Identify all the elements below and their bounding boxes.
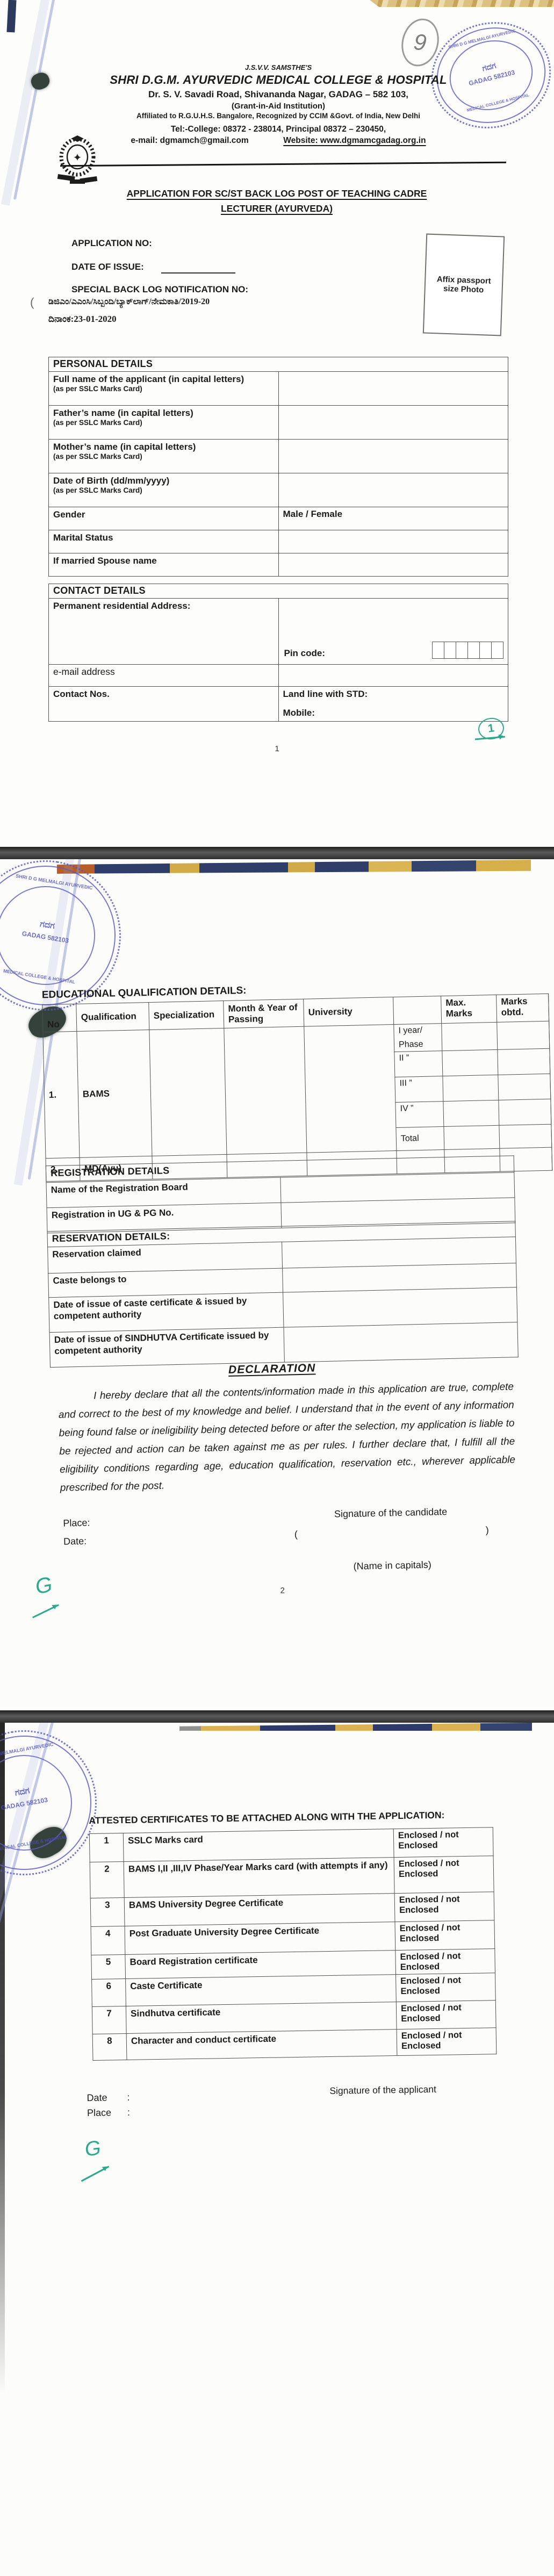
- trust-name: J.S.V.V. SAMSTHE'S: [47, 63, 509, 71]
- table-row: Contact Nos. Land line with STD: Mobile:: [49, 687, 508, 722]
- name-parentheses: ( ): [294, 1524, 489, 1540]
- college-emblem-logo: ✦: [54, 135, 101, 186]
- field-value: Male / Female: [278, 507, 508, 530]
- page-2: SHRI D G MELMALGI AYURVEDIC ಗದಗ GADAG 58…: [0, 859, 554, 1710]
- notification-date-kannada: ದಿನಾಂಕ:23-01-2020: [48, 314, 117, 325]
- page-separator: [0, 847, 554, 859]
- table-row: Father’s name (in capital letters) (as p…: [49, 406, 508, 440]
- field-label: If married Spouse name: [53, 555, 274, 566]
- cert-status: Enclosed / not Enclosed: [394, 1856, 494, 1894]
- green-number: 1: [487, 722, 495, 735]
- field-value: [278, 440, 508, 473]
- field-label: Gender: [53, 509, 274, 520]
- place-label: Place: [87, 2107, 111, 2119]
- row-no: 1.: [43, 1031, 80, 1158]
- email-website-line: e-mail: dgmamch@gmail.com Website: www.d…: [47, 136, 509, 146]
- year-total-label: Total: [396, 1127, 444, 1151]
- table-row: Mother’s name (in capital letters) (as p…: [49, 440, 508, 473]
- field-label: Caste belongs to: [53, 1270, 278, 1286]
- qualification-bams: BAMS: [77, 1030, 152, 1157]
- field-sublabel: (as per SSLC Marks Card): [53, 419, 274, 427]
- cert-label: SSLC Marks card: [128, 1831, 389, 1846]
- declaration-body: I hereby declare that all the contents/i…: [58, 1378, 516, 1497]
- field-label: Mother’s name (in capital letters): [53, 441, 274, 452]
- form-title-line2: LECTURER (AYURVEDA): [62, 203, 492, 214]
- cert-status: Enclosed / not Enclosed: [395, 1949, 495, 1975]
- cert-no: 6: [92, 1978, 126, 2006]
- contact-details-table: CONTACT DETAILS Permanent residential Ad…: [48, 584, 508, 722]
- cert-label: BAMS University Degree Certificate: [129, 1895, 390, 1911]
- year-label: II ”: [394, 1051, 443, 1077]
- col-qualification: Qualification: [76, 1002, 149, 1031]
- notification-number-kannada: ಡಿಜಿಎಂ/ಎಎಂಸಿ/ಸಿಬ್ಬಂದಿ/ಬ್ಯಾಕ್‌ಲಾಗ್/ನೇಮಕಾತ…: [48, 297, 210, 307]
- pin-digit-box: [467, 642, 480, 659]
- table-row: Gender Male / Female: [49, 507, 508, 530]
- page-number: 1: [0, 744, 554, 753]
- photo-box-line2: size Photo: [443, 284, 484, 295]
- green-check-mark: G: [84, 2137, 102, 2162]
- affiliation-note: Affiliated to R.G.U.H.S. Bangalore, Reco…: [47, 112, 509, 120]
- reservation-details-table: RESERVATION DETAILS: Reservation claimed…: [47, 1221, 518, 1368]
- field-label: Full name of the applicant (in capital l…: [53, 373, 274, 385]
- footer-place-row: Place :: [87, 2107, 130, 2119]
- year-label: I year/: [398, 1025, 437, 1036]
- col-university: University: [304, 997, 394, 1027]
- contact-details-title: CONTACT DETAILS: [49, 584, 508, 599]
- cert-no: 3: [90, 1898, 125, 1927]
- field-label: Marital Status: [53, 532, 274, 543]
- field-sublabel: (as per SSLC Marks Card): [53, 486, 274, 494]
- candidate-signature-label: Signature of the candidate: [305, 1506, 477, 1521]
- page-number: 2: [5, 1580, 554, 1601]
- svg-text:✦: ✦: [73, 151, 82, 164]
- field-label: Father’s name (in capital letters): [53, 407, 274, 419]
- college-address: Dr. S. V. Savadi Road, Shivananda Nagar,…: [47, 89, 509, 100]
- cert-label: Sindhutva certificate: [131, 2004, 392, 2019]
- cert-status: Enclosed / not Enclosed: [396, 2001, 496, 2030]
- pin-code-label: Pin code:: [284, 647, 326, 659]
- field-value: [278, 473, 508, 507]
- cert-status: Enclosed / not Enclosed: [397, 2028, 497, 2056]
- field-label: Registration in UG & PG No.: [52, 1205, 277, 1221]
- pin-digit-box: [444, 642, 456, 659]
- table-row: Permanent residential Address: Pin code:: [49, 599, 508, 665]
- cert-no: 5: [91, 1954, 126, 1979]
- scanned-application-document: 9 SHRI D G MELMALGI AYURVEDIC ಗದಗ GADAG …: [0, 0, 554, 2576]
- pin-digit-box: [491, 642, 503, 659]
- table-row: Full name of the applicant (in capital l…: [49, 372, 508, 406]
- page2-content: EDUCATIONAL QUALIFICATION DETAILS: No Qu…: [0, 859, 554, 1710]
- name-in-capitals-label: (Name in capitals): [322, 1558, 463, 1573]
- field-value: [278, 372, 508, 406]
- field-value: [278, 406, 508, 440]
- table-row: 2 BAMS I,II ,III,IV Phase/Year Marks car…: [90, 1856, 494, 1898]
- cert-status: Enclosed / not Enclosed: [396, 1973, 496, 2002]
- application-no-label: APPLICATION NO:: [71, 238, 152, 249]
- personal-details-title: PERSONAL DETAILS: [49, 357, 508, 372]
- field-label: Date of Birth (dd/mm/yyyy): [53, 475, 274, 486]
- table-row: e-mail address: [49, 665, 508, 687]
- email-address-label: e-mail address: [53, 666, 274, 678]
- table-row: 8 Character and conduct certificate Encl…: [92, 2028, 497, 2061]
- place-label: Place:: [63, 1517, 90, 1529]
- personal-details-table: PERSONAL DETAILS Full name of the applic…: [48, 357, 508, 577]
- form-title: APPLICATION FOR SC/ST BACK LOG POST OF T…: [62, 188, 492, 214]
- pin-digit-box: [479, 642, 492, 659]
- certificates-table: 1 SSLC Marks card Enclosed / not Enclose…: [89, 1827, 497, 2061]
- cert-no: 8: [92, 2033, 127, 2060]
- photo-box: Affix passport size Photo: [423, 234, 505, 336]
- table-row: If married Spouse name: [49, 553, 508, 577]
- contact-nos-label: Contact Nos.: [53, 688, 274, 700]
- cert-status: Enclosed / not Enclosed: [395, 1920, 495, 1951]
- college-name: SHRI D.G.M. AYURVEDIC MEDICAL COLLEGE & …: [47, 73, 509, 87]
- letterhead: J.S.V.V. SAMSTHE'S SHRI D.G.M. AYURVEDIC…: [47, 63, 509, 146]
- page-3: SHRI D G MELMALGI AYURVEDIC ಗದಗ GADAG 58…: [0, 1723, 554, 2576]
- table-row: Marital Status: [49, 530, 508, 553]
- col-max-marks: Max. Marks: [441, 995, 497, 1023]
- address-label: Permanent residential Address:: [53, 600, 274, 611]
- paren-close: ): [486, 1524, 489, 1536]
- date-of-issue-blank: [161, 263, 235, 274]
- landline-label: Land line with STD:: [283, 688, 504, 700]
- field-sublabel: (as per SSLC Marks Card): [53, 452, 274, 460]
- col-specialization: Specialization: [149, 1001, 224, 1030]
- cert-no: 2: [90, 1862, 124, 1898]
- table-row: Date of Birth (dd/mm/yyyy) (as per SSLC …: [49, 473, 508, 507]
- header-divider: [60, 162, 506, 167]
- field-label: Reservation claimed: [52, 1244, 277, 1260]
- educational-qualification-table: No Qualification Specialization Month & …: [42, 994, 552, 1182]
- field-value: [278, 530, 508, 553]
- cert-status: Enclosed / not Enclosed: [393, 1827, 493, 1858]
- field-label: Date of issue of caste certificate & iss…: [53, 1294, 278, 1322]
- page3-content: ATTESTED CERTIFICATES TO BE ATTACHED ALO…: [0, 1723, 554, 2576]
- cert-label: Board Registration certificate: [129, 1952, 391, 1968]
- special-notification-label: SPECIAL BACK LOG NOTIFICATION NO:: [71, 284, 248, 295]
- page-1: 9 SHRI D G MELMALGI AYURVEDIC ಗದಗ GADAG …: [0, 0, 554, 847]
- email-text: e-mail: dgmamch@gmail.com: [131, 136, 248, 145]
- colon: :: [127, 2107, 130, 2118]
- binder-edge-mark: [6, 0, 16, 32]
- pin-digit-box: [456, 642, 468, 659]
- date-of-issue-label: DATE OF ISSUE:: [71, 262, 144, 272]
- applicant-signature-label: Signature of the applicant: [329, 2084, 436, 2097]
- form-title-line1: APPLICATION FOR SC/ST BACK LOG POST OF T…: [62, 188, 492, 199]
- website-text: Website: www.dgmamcgadag.org.in: [283, 136, 426, 145]
- page-separator: [0, 1710, 554, 1723]
- field-value: [278, 553, 508, 577]
- col-no: No: [42, 1004, 77, 1032]
- pin-digit-box: [432, 642, 444, 659]
- footer-date-row: Date :: [87, 2092, 129, 2104]
- field-sublabel: (as per SSLC Marks Card): [53, 385, 274, 393]
- year-label: IV ”: [395, 1102, 444, 1128]
- telephone-line: Tel:-College: 08372 - 238014, Principal …: [47, 125, 509, 134]
- pin-code-boxes: [433, 642, 503, 659]
- declaration-title: DECLARATION: [228, 1362, 316, 1376]
- cert-no: 4: [91, 1926, 125, 1955]
- cert-label: Character and conduct certificate: [131, 2031, 392, 2047]
- date-label: Date:: [63, 1536, 87, 1548]
- grant-note: (Grant-in-Aid Institution): [47, 102, 509, 111]
- educational-section-title: EDUCATIONAL QUALIFICATION DETAILS:: [42, 985, 247, 1001]
- cert-no: 1: [89, 1833, 124, 1862]
- cert-label: BAMS I,II ,III,IV Phase/Year Marks card …: [128, 1859, 390, 1875]
- certificates-section-title: ATTESTED CERTIFICATES TO BE ATTACHED ALO…: [89, 1810, 444, 1826]
- cert-status: Enclosed / not Enclosed: [394, 1892, 494, 1922]
- year-label: III ”: [395, 1076, 443, 1103]
- paren-open: (: [294, 1529, 298, 1540]
- cert-label: Caste Certificate: [130, 1976, 391, 1992]
- mobile-label: Mobile:: [283, 707, 504, 718]
- pen-bracket-mark: (: [30, 296, 34, 310]
- colon: :: [127, 2092, 129, 2103]
- date-label: Date: [87, 2092, 107, 2104]
- field-label: Date of issue of SINDHUTVA Certificate i…: [54, 1329, 279, 1357]
- year-label2: Phase: [399, 1039, 437, 1050]
- folder-ribbon-edge: [370, 0, 554, 7]
- cert-label: Post Graduate University Degree Certific…: [129, 1924, 391, 1939]
- registration-details-table: REGISTRATION DETAILS Name of the Registr…: [46, 1155, 516, 1233]
- col-month-year: Month & Year of Passing: [224, 999, 304, 1028]
- col-marks-obtd: Marks obtd.: [497, 994, 549, 1022]
- cert-no: 7: [92, 2006, 126, 2034]
- field-label: Name of the Registration Board: [51, 1179, 276, 1196]
